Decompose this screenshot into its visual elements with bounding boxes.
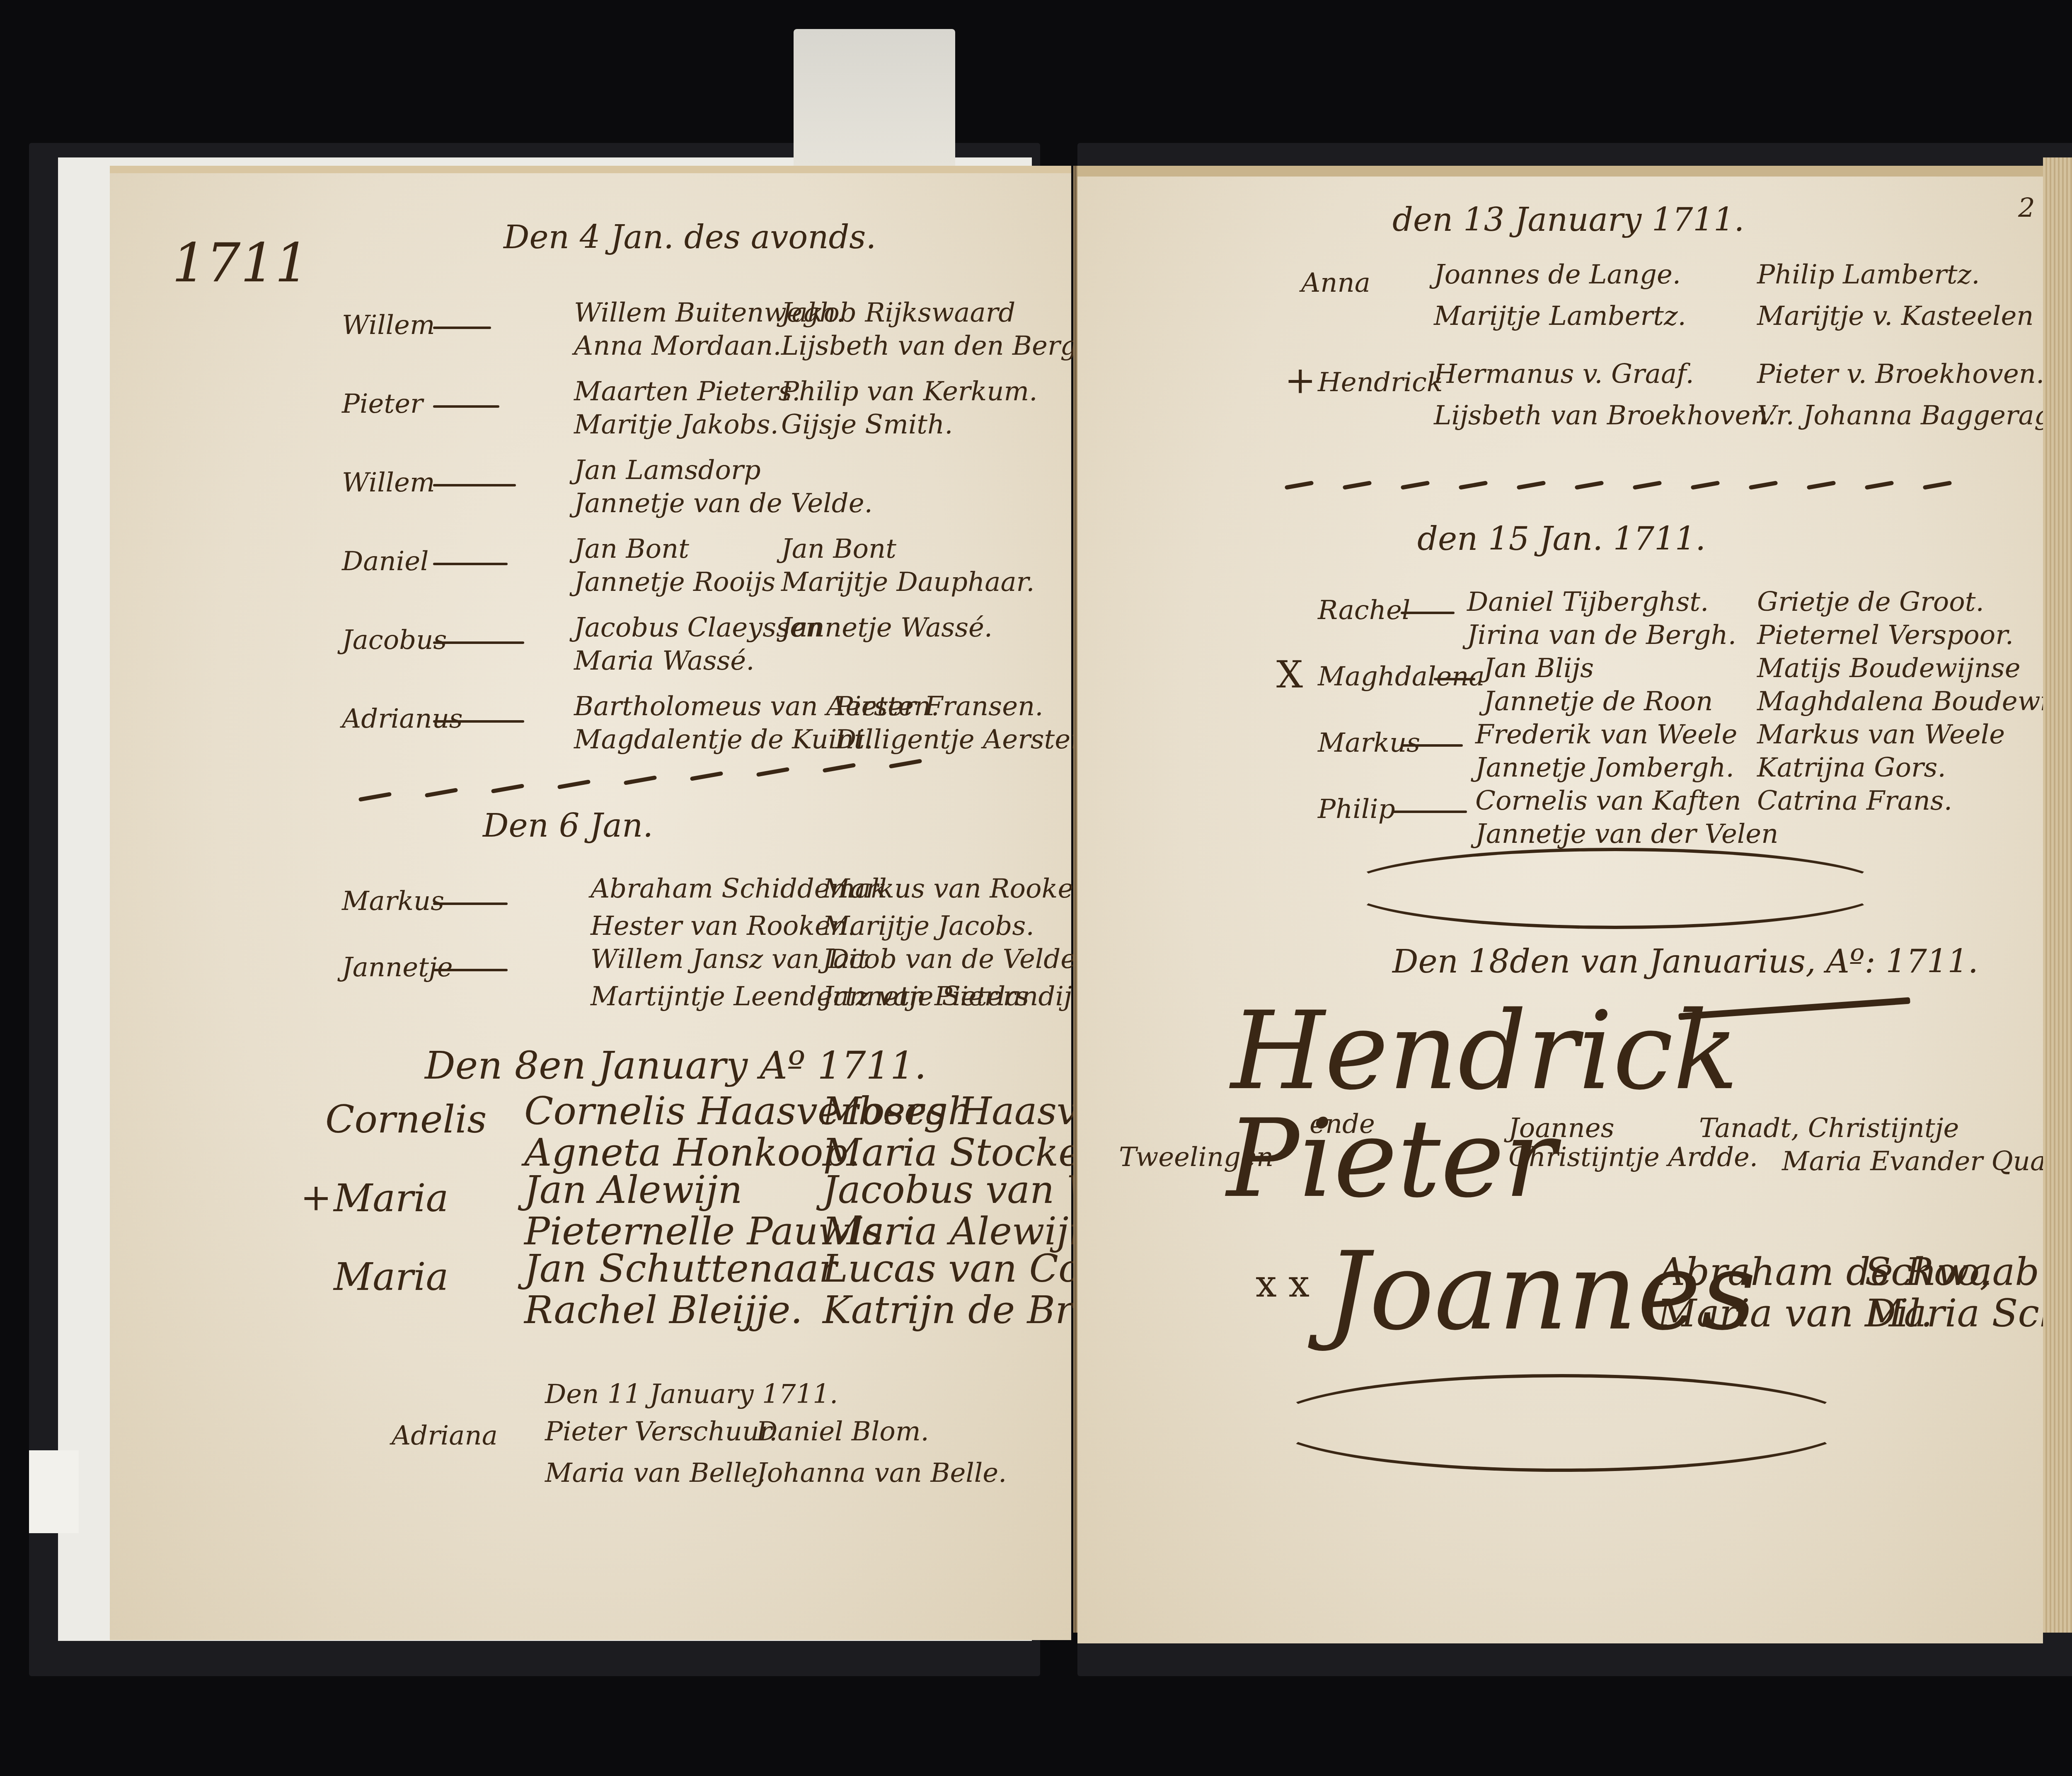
- witness: Catrina Frans.: [1757, 786, 1952, 816]
- parent-father: Hermanus v. Graaf.: [1434, 359, 1694, 390]
- dash-separator: [433, 641, 524, 644]
- witness: Lijsbeth van den Bergh.: [781, 331, 1103, 361]
- child-name-large: Pieter: [1227, 1096, 1556, 1222]
- dash-separator: [433, 327, 491, 329]
- child-name: Daniel: [342, 546, 429, 577]
- decorative-stroke: [1807, 481, 1836, 490]
- parent-mother: Lijsbeth van Broekhoven.: [1434, 400, 1776, 431]
- parent-mother: Jannetje Jombergh.: [1475, 753, 1734, 783]
- decorative-stroke: [491, 784, 525, 794]
- section-date: Den 4 Jan. des avonds.: [503, 219, 876, 256]
- decorative-stroke: [1285, 481, 1314, 490]
- witness: Markus van Rooken: [823, 873, 1090, 904]
- parent-mother: Maritje Jakobs.: [574, 409, 779, 440]
- parent-father: Joannes de Lange.: [1434, 259, 1681, 290]
- witness: Jakob Rijkswaard: [781, 298, 1015, 328]
- parent-mother: Christijntje Ardde.: [1508, 1142, 1758, 1173]
- witness: Pieternel Verspoor.: [1757, 620, 2014, 651]
- dash-separator: [433, 484, 516, 486]
- decorative-stroke: [1401, 481, 1430, 490]
- section-date: Den 6 Jan.: [483, 807, 653, 844]
- decorative-stroke: [1749, 481, 1778, 490]
- parent-father: Frederik van Weele: [1475, 719, 1737, 750]
- child-name-large: Hendrick: [1231, 989, 1738, 1114]
- witness: Jannetje Wassé.: [781, 612, 992, 643]
- year-marker: 1711: [172, 231, 309, 294]
- witness: Markus van Weele: [1757, 719, 2005, 750]
- dash-separator: [1401, 744, 1463, 747]
- parent-father: Daniel Tijberghst.: [1467, 587, 1709, 617]
- cross-mark: X: [1276, 653, 1303, 697]
- parent-father: Jan Schuttenaar: [524, 1246, 837, 1291]
- child-name: Cornelis: [325, 1097, 487, 1142]
- witness: Maghdalena Boudewijnse.: [1757, 686, 2072, 717]
- decorative-stroke: [1517, 481, 1546, 490]
- witness: Philip van Kerkum.: [781, 376, 1037, 407]
- decorative-stroke: [1865, 481, 1894, 490]
- child-name: Maria: [334, 1255, 448, 1299]
- child-name: Jannetje: [342, 952, 453, 983]
- parent-father: Jan Lamsdorp: [574, 455, 761, 486]
- witness: Schwaab Jansz.: [1865, 1250, 2072, 1294]
- parent-mother: Jannetje de Roon: [1484, 686, 1713, 717]
- page-number: 2: [2018, 193, 2035, 224]
- witness: Jan Bont: [781, 534, 896, 564]
- section-date: Den 8en January Aº 1711.: [425, 1043, 927, 1088]
- parent-father: Pieter Verschuur.: [545, 1416, 777, 1447]
- witness: Maria Schwaabdr.: [1865, 1291, 2072, 1336]
- witness: Grietje de Groot.: [1757, 587, 1984, 617]
- calligraphic-flourish: [1343, 848, 1888, 929]
- decorative-stroke: [557, 779, 591, 789]
- parent-father: Jan Bont: [574, 534, 689, 564]
- child-name: Maghdalena: [1318, 661, 1485, 692]
- decorative-stroke: [823, 763, 856, 773]
- left-page: 1711 Den 4 Jan. des avonds. Willem Wille…: [110, 166, 1071, 1640]
- child-name: Anna: [1301, 268, 1370, 298]
- decorative-stroke: [1459, 481, 1488, 490]
- corner-protector-bottom-left: [29, 1450, 79, 1533]
- parent-father: Maarten Pieters.: [574, 376, 800, 407]
- parent-father: Cornelis van Kaften: [1475, 786, 1741, 816]
- parent-father: Jan Alewijn: [524, 1168, 742, 1212]
- witness: Pieter Fransen.: [835, 691, 1043, 722]
- witness: Maria Evander Quadt: [1782, 1146, 2072, 1177]
- parent-mother: Hester van Rooken.: [591, 911, 856, 941]
- parent-mother: Maria van Belle.: [545, 1458, 766, 1488]
- witness: Marijtje Jacobs.: [823, 911, 1034, 941]
- decorative-stroke: [1575, 481, 1604, 490]
- child-name: Rachel: [1318, 595, 1410, 626]
- witness: Marijtje v. Kasteelen: [1757, 301, 2033, 331]
- decorative-stroke: [1633, 481, 1662, 490]
- witness: Tanadt, Christijntje: [1699, 1113, 1959, 1144]
- decorative-stroke: [889, 759, 922, 769]
- witness: Marijtje Dauphaar.: [781, 567, 1034, 598]
- decorative-stroke: [1691, 481, 1720, 490]
- child-name: Maria: [334, 1176, 448, 1220]
- witness: Jannetje Sierlandijn.: [823, 981, 1097, 1012]
- child-name: Jacobus: [342, 625, 447, 656]
- dash-separator: [433, 563, 508, 565]
- child-name: Markus: [1318, 728, 1420, 758]
- page-fore-edge: [2043, 157, 2072, 1633]
- child-name: Markus: [342, 886, 444, 917]
- witness: Philip Lambertz.: [1757, 259, 1980, 290]
- parent-mother: Jirina van de Bergh.: [1467, 620, 1736, 651]
- decorative-stroke: [690, 771, 724, 781]
- dash-separator: [1434, 678, 1475, 680]
- witness: Johanna van Belle.: [756, 1458, 1007, 1488]
- witness: Jacob van de Velde: [823, 944, 1076, 975]
- section-date: den 13 January 1711.: [1392, 201, 1744, 239]
- child-name: Pieter: [342, 389, 423, 419]
- parent-mother: Maria Wassé.: [574, 646, 755, 676]
- parent-father: Joannes: [1508, 1113, 1615, 1144]
- dash-separator: [1401, 612, 1455, 614]
- paper-bookmark-strip: [794, 29, 955, 166]
- section-date: Den 18den van Januarius, Aº: 1711.: [1392, 943, 1978, 980]
- witness: Pieter v. Broekhoven.: [1757, 359, 2044, 390]
- parent-father: Jan Blijs: [1484, 653, 1594, 684]
- decorative-stroke: [1923, 481, 1952, 490]
- child-name: Hendrick: [1318, 367, 1443, 398]
- parent-mother: Jannetje van de Velde.: [574, 488, 873, 519]
- section-date: Den 11 January 1711.: [545, 1379, 838, 1410]
- right-page: 2 den 13 January 1711. Anna Joannes de L…: [1077, 166, 2043, 1643]
- parent-mother: Jannetje van der Velen: [1475, 819, 1778, 849]
- cross-mark: x x: [1256, 1262, 1310, 1306]
- parent-mother: Rachel Bleijje.: [524, 1288, 803, 1332]
- witness: Gijsje Smith.: [781, 409, 953, 440]
- decorative-stroke: [1343, 481, 1372, 490]
- parent-mother: Anna Mordaan.: [574, 331, 782, 361]
- cross-mark: +: [300, 1176, 332, 1219]
- decorative-stroke: [624, 775, 657, 785]
- child-name: Adrianus: [342, 704, 463, 734]
- parent-mother: Magdalentje de Kuint.: [574, 724, 873, 755]
- dash-separator: [433, 903, 508, 905]
- witness: Daniel Blom.: [756, 1416, 929, 1447]
- child-name: Willem: [342, 467, 435, 498]
- cross-mark: +: [1285, 359, 1316, 402]
- parent-mother: Marijtje Lambertz.: [1434, 301, 1686, 331]
- dash-separator: [433, 405, 499, 408]
- dash-separator: [433, 969, 508, 971]
- section-date: den 15 Jan. 1711.: [1417, 520, 1706, 558]
- witness: Vr. Johanna Baggerag: [1757, 400, 2051, 431]
- calligraphic-flourish: [1268, 1374, 1855, 1472]
- decorative-stroke: [425, 788, 458, 798]
- decorative-stroke: [358, 792, 392, 802]
- parent-mother: Jannetje Rooijs: [574, 567, 775, 598]
- child-name: Philip: [1318, 794, 1395, 825]
- decorative-stroke: [756, 767, 790, 777]
- child-name: Adriana: [392, 1420, 498, 1451]
- witness: Dilligentje Aersten.: [835, 724, 1096, 755]
- dash-separator: [1392, 811, 1467, 813]
- dash-separator: [433, 720, 524, 723]
- witness: Matijs Boudewijnse: [1757, 653, 2021, 684]
- child-name: Willem: [342, 310, 435, 341]
- book-gutter: [1073, 166, 1077, 1633]
- witness: Katrijna Gors.: [1757, 753, 1946, 783]
